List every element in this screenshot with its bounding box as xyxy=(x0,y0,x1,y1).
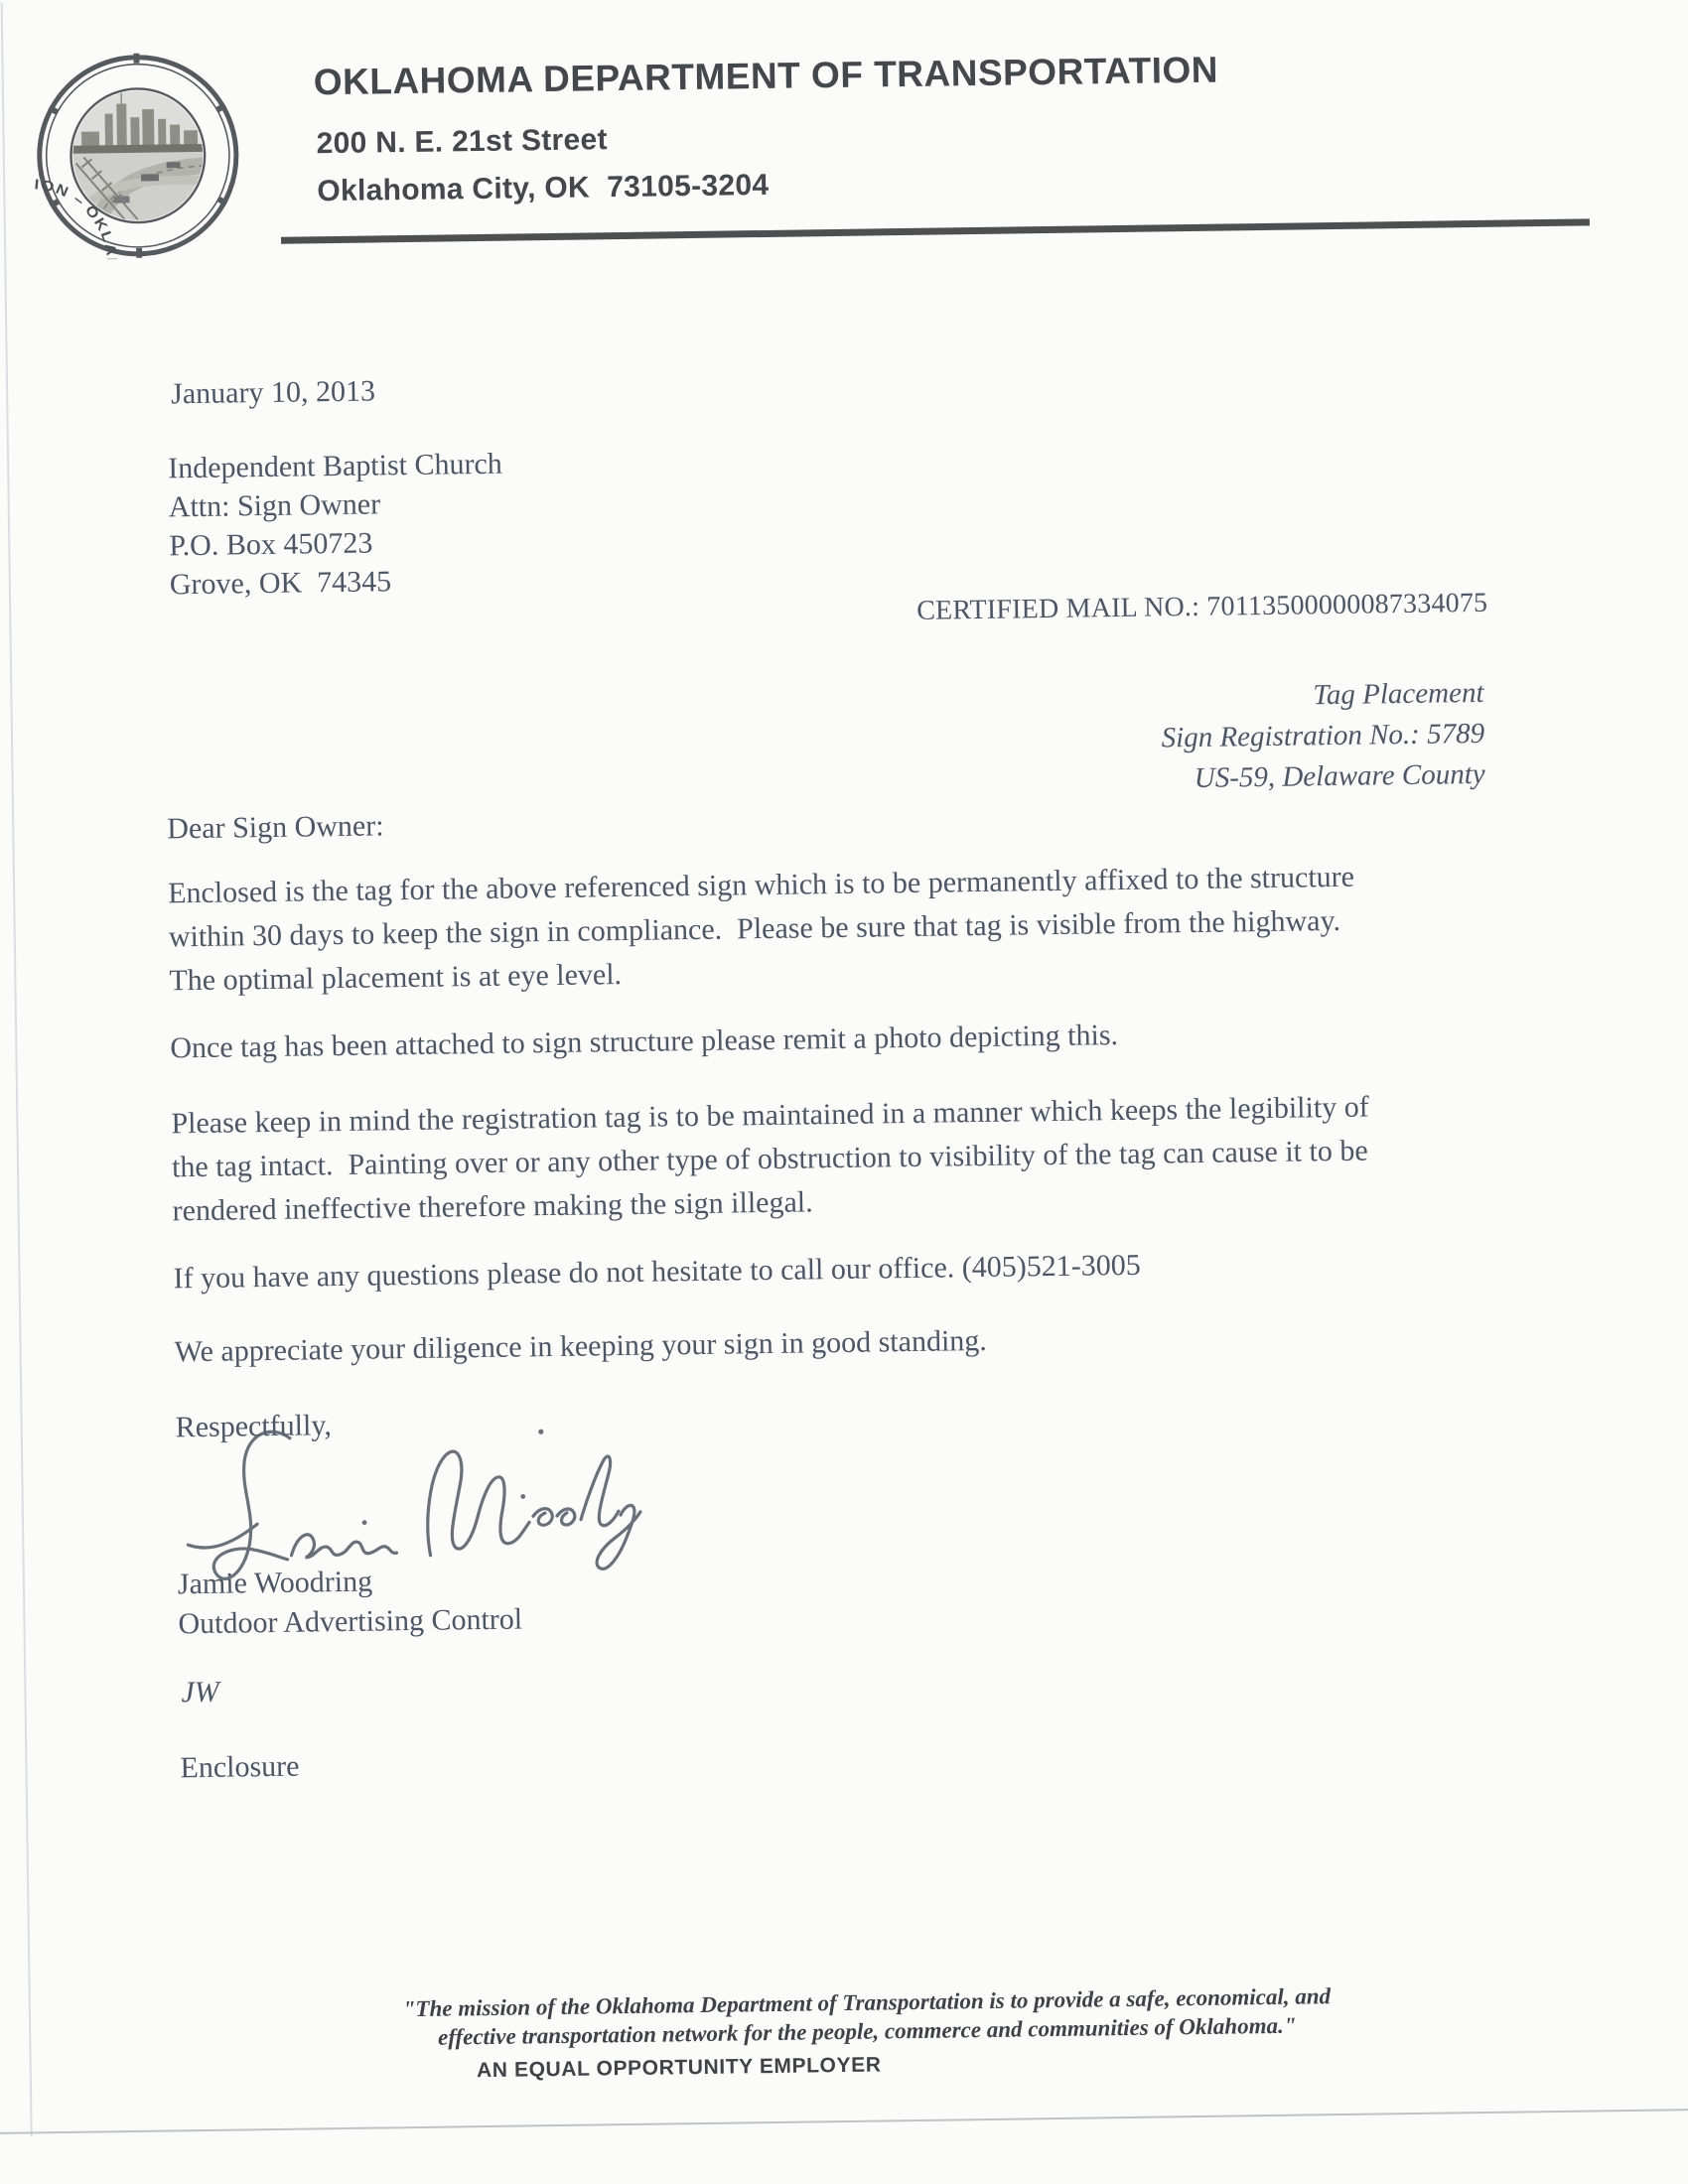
recipient-line: Attn: Sign Owner xyxy=(168,483,502,527)
agency-name: OKLAHOMA DEPARTMENT OF TRANSPORTATION xyxy=(314,50,1219,104)
paragraph-line: If you have any questions please do not … xyxy=(173,1244,1141,1301)
recipient-line: Independent Baptist Church xyxy=(168,445,502,488)
enclosure-note: Enclosure xyxy=(180,1750,299,1786)
odot-seal-icon: OKLAHOMA DEPARTMENT OF TRANSPORTATION – xyxy=(33,51,242,260)
signature-block: Jamie Woodring Outdoor Advertising Contr… xyxy=(178,1561,523,1645)
eeo-line: AN EQUAL OPPORTUNITY EMPLOYER xyxy=(282,2051,1076,2086)
signer-title: Outdoor Advertising Control xyxy=(178,1600,522,1645)
paragraph-line: We appreciate your diligence in keeping … xyxy=(174,1319,987,1374)
paragraph-2: Once tag has been attached to sign struc… xyxy=(170,1014,1118,1070)
paragraph-4: If you have any questions please do not … xyxy=(173,1244,1141,1301)
date-line: January 10, 2013 xyxy=(171,374,375,411)
salutation: Dear Sign Owner: xyxy=(167,809,384,846)
recipient-line: Grove, OK 74345 xyxy=(170,561,504,605)
signer-name: Jamie Woodring xyxy=(178,1561,522,1605)
mission-statement: "The mission of the Oklahoma Department … xyxy=(370,1981,1364,2053)
recipient-line: P.O. Box 450723 xyxy=(169,522,503,566)
paragraph-5: We appreciate your diligence in keeping … xyxy=(174,1319,987,1374)
scanned-letter-page: OKLAHOMA DEPARTMENT OF TRANSPORTATION – … xyxy=(0,0,1688,2184)
letterhead-rule xyxy=(281,218,1590,243)
certified-mail-line: CERTIFIED MAIL NO.: 70113500000087334075 xyxy=(837,588,1487,628)
paper-edge-bottom xyxy=(0,2108,1688,2134)
street-address: 200 N. E. 21st Street xyxy=(316,123,608,161)
typist-initials: JW xyxy=(181,1676,219,1710)
reference-line: US-59, Delaware County xyxy=(889,754,1485,803)
paragraph-3: Please keep in mind the registration tag… xyxy=(171,1086,1370,1234)
reference-block: Tag Placement Sign Registration No.: 578… xyxy=(888,673,1485,803)
recipient-block: Independent Baptist Church Attn: Sign Ow… xyxy=(168,445,504,605)
paragraph-1: Enclosed is the tag for the above refere… xyxy=(168,856,1356,1004)
paragraph-line: Once tag has been attached to sign struc… xyxy=(170,1014,1118,1070)
city-address: Oklahoma City, OK 73105-3204 xyxy=(317,169,769,208)
paper-edge-left xyxy=(1,3,33,2137)
